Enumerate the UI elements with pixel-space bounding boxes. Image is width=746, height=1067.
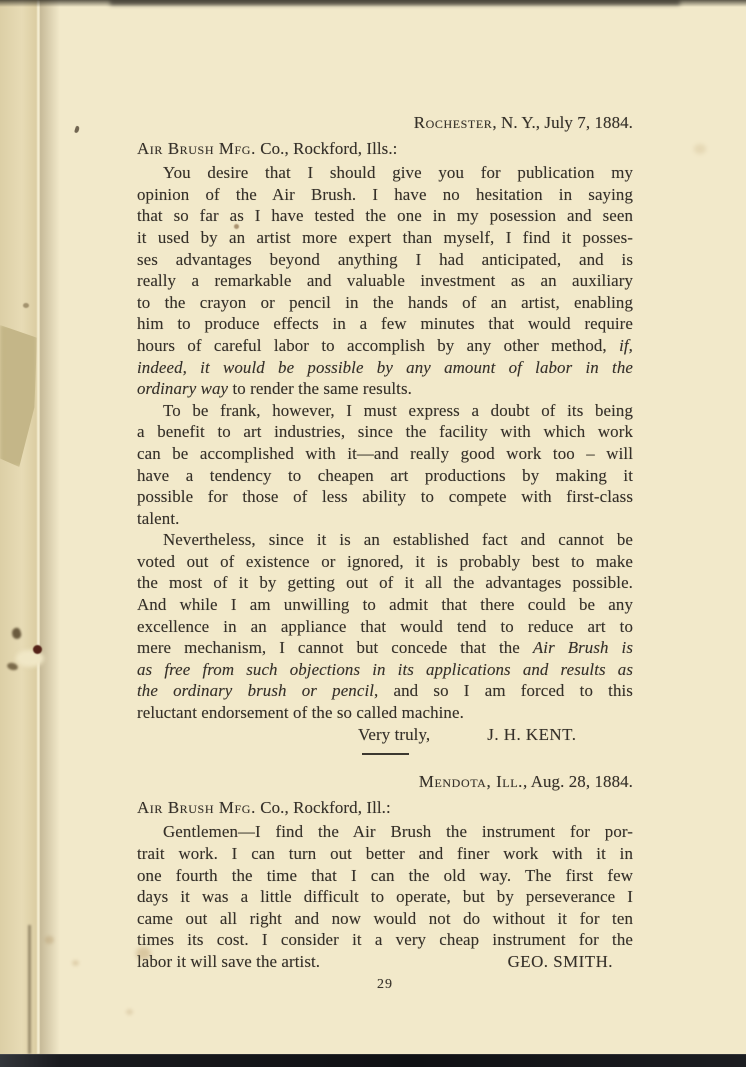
text: trait work. I can turn out better and fi… <box>137 844 633 863</box>
small-caps-text: Air Brush Mfg. <box>137 139 256 158</box>
text-line: ses advantages beyond anything I had ant… <box>137 249 633 271</box>
text-line: came out all right and now would not do … <box>137 908 633 930</box>
text: Co., Rockford, Ill.: <box>256 798 391 817</box>
text-line: to the crayon or pencil in the hands of … <box>137 292 633 314</box>
text: have a tendency to cheapen art productio… <box>137 466 633 485</box>
closing-phrase: Very truly, <box>358 724 430 746</box>
text: one fourth the time that I can the old w… <box>137 866 633 885</box>
text: times its cost. I consider it a very che… <box>137 930 633 949</box>
paper-stain <box>45 936 54 944</box>
text-line: talent. <box>137 508 633 530</box>
paper-stain <box>694 144 706 154</box>
binding-knot-dot <box>33 645 42 654</box>
text-line: Nevertheless, since it is an established… <box>137 529 633 551</box>
paper-stain <box>23 303 29 308</box>
text: voted out of existence or ignored, it is… <box>137 552 633 571</box>
text-line: that so far as I have tested the one in … <box>137 205 633 227</box>
text: labor it will save the artist. <box>137 951 320 973</box>
text-line: And while I am unwilling to admit that t… <box>137 594 633 616</box>
text: to the crayon or pencil in the hands of … <box>137 293 633 312</box>
text: Gentlemen—I find the Air Brush the instr… <box>163 822 633 841</box>
letter-salutation: Air Brush Mfg. Co., Rockford, Ill.: <box>137 797 633 819</box>
scan-bottom-bar <box>0 1054 746 1067</box>
text-line: the ordinary brush or pencil, and so I a… <box>137 680 633 702</box>
text-line: days it was a little difficult to operat… <box>137 886 633 908</box>
text-line: trait work. I can turn out better and fi… <box>137 843 633 865</box>
text: to render the same results. <box>228 379 412 398</box>
italic-text: ordinary way <box>137 379 228 398</box>
text-line: To be frank, however, I must express a d… <box>137 400 633 422</box>
text-line: can be accomplished with it—and really g… <box>137 443 633 465</box>
text-line: indeed, it would be possible by any amou… <box>137 357 633 379</box>
text-line: reluctant endorsement of the so called m… <box>137 702 633 724</box>
text: it used by an artist more expert than my… <box>137 228 633 247</box>
letter-closing-row: Very truly, J. H. KENT. <box>137 724 633 746</box>
text-line: one fourth the time that I can the old w… <box>137 865 633 887</box>
signature-kent: J. H. KENT. <box>487 724 576 746</box>
testimonial-letter-kent: Rochester, N. Y., July 7, 1884. Air Brus… <box>137 112 633 745</box>
italic-text: indeed, it would be possible by any amou… <box>137 358 633 377</box>
text: mere mechanism, I cannot but concede tha… <box>137 638 533 657</box>
scan-top-shadow-dark <box>110 0 680 5</box>
text: hours of careful labor to accomplish by … <box>137 336 619 355</box>
text: , and so I am forced to this <box>374 681 633 700</box>
letter-dateline: Rochester, N. Y., July 7, 1884. <box>137 112 633 134</box>
text-line: possible for those of less ability to co… <box>137 486 633 508</box>
text-line: it used by an artist more expert than my… <box>137 227 633 249</box>
text: talent. <box>137 509 179 528</box>
paper-stain <box>126 1009 133 1015</box>
text-line: a benefit to art industries, since the f… <box>137 421 633 443</box>
text: him to produce effects in a few minutes … <box>137 314 633 333</box>
text: a benefit to art industries, since the f… <box>137 422 633 441</box>
text: that so far as I have tested the one in … <box>137 206 633 225</box>
text: And while I am unwilling to admit that t… <box>137 595 633 614</box>
testimonial-letter-smith: Mendota, Ill., Aug. 28, 1884. Air Brush … <box>137 771 633 972</box>
text-line: mere mechanism, I cannot but concede tha… <box>137 637 633 659</box>
text: can be accomplished with it—and really g… <box>137 444 633 463</box>
text: possible for those of less ability to co… <box>137 487 633 506</box>
text-line: as free from such objections in its appl… <box>137 659 633 681</box>
text: , Aug. 28, 1884. <box>523 772 633 791</box>
italic-text: Air Brush is <box>533 638 633 657</box>
section-divider-rule <box>362 753 409 755</box>
text: excellence in an appliance that would te… <box>137 617 633 636</box>
text: really a remarkable and valuable investm… <box>137 271 633 290</box>
letter-salutation: Air Brush Mfg. Co., Rockford, Ills.: <box>137 138 633 160</box>
under-page-edge-line <box>28 925 31 1054</box>
letter-body: You desire that I should give you for pu… <box>137 162 633 723</box>
scanned-book-page: Rochester, N. Y., July 7, 1884. Air Brus… <box>0 0 746 1067</box>
text-line: labor it will save the artist.GEO. SMITH… <box>137 951 633 973</box>
text-line: opinion of the Air Brush. I have no hesi… <box>137 184 633 206</box>
text: Nevertheless, since it is an established… <box>163 530 633 549</box>
paper-stain <box>72 960 79 966</box>
text: Co., Rockford, Ills.: <box>256 139 398 158</box>
text: opinion of the Air Brush. I have no hesi… <box>137 185 633 204</box>
page-number: 29 <box>137 977 633 993</box>
page-fold-shadow <box>40 0 60 1054</box>
text: ses advantages beyond anything I had ant… <box>137 250 633 269</box>
signature-smith: GEO. SMITH. <box>508 951 613 973</box>
text-line: voted out of existence or ignored, it is… <box>137 551 633 573</box>
italic-text: the ordinary brush or pencil <box>137 681 374 700</box>
text-line: really a remarkable and valuable investm… <box>137 270 633 292</box>
text: To be frank, however, I must express a d… <box>163 401 633 420</box>
small-caps-text: Rochester <box>414 113 493 132</box>
printed-text-block: Rochester, N. Y., July 7, 1884. Air Brus… <box>137 112 633 993</box>
text: came out all right and now would not do … <box>137 909 633 928</box>
text-line: have a tendency to cheapen art productio… <box>137 465 633 487</box>
letter-dateline: Mendota, Ill., Aug. 28, 1884. <box>137 771 633 793</box>
text-line: hours of careful labor to accomplish by … <box>137 335 633 357</box>
text-line: Gentlemen—I find the Air Brush the instr… <box>137 821 633 843</box>
text: reluctant endorsement of the so called m… <box>137 703 464 722</box>
small-caps-text: Mendota, Ill. <box>419 772 523 791</box>
binding-page-edge <box>0 0 40 1054</box>
text-line: him to produce effects in a few minutes … <box>137 313 633 335</box>
small-caps-text: Air Brush Mfg. <box>137 798 256 817</box>
text-line: the most of it by getting out of it all … <box>137 572 633 594</box>
text: , N. Y., July 7, 1884. <box>492 113 633 132</box>
text: You desire that I should give you for pu… <box>163 163 633 182</box>
italic-text: as free from such objections in its appl… <box>137 660 633 679</box>
text: days it was a little difficult to operat… <box>137 887 633 906</box>
text-line: ordinary way to render the same results. <box>137 378 633 400</box>
text-line: excellence in an appliance that would te… <box>137 616 633 638</box>
italic-text: if, <box>619 336 633 355</box>
text-line: times its cost. I consider it a very che… <box>137 929 633 951</box>
letter-body: Gentlemen—I find the Air Brush the instr… <box>137 821 633 972</box>
text-line: You desire that I should give you for pu… <box>137 162 633 184</box>
text: the most of it by getting out of it all … <box>137 573 633 592</box>
